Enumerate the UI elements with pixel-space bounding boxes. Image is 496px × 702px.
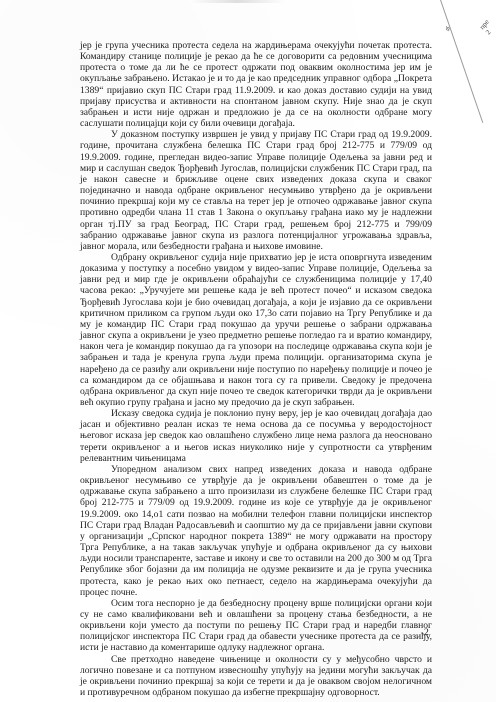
- page-fold-line: [440, 0, 484, 123]
- paragraph-evidence: У доказном поступку извршен је увид у пр…: [80, 129, 432, 252]
- document-body: јер је група учесника протеста седела на…: [80, 40, 432, 698]
- corner-stamp: пре 2: [478, 18, 496, 36]
- paragraph-witness-credibility: Исказу сведока судија је поклонио пуну в…: [80, 408, 432, 464]
- paragraph-comparative-analysis: Упоредном анализом свих напред изведених…: [80, 464, 432, 598]
- page-number: 2: [424, 627, 429, 638]
- paragraph-conclusion: Све претходно наведене чињенице и околно…: [80, 654, 432, 699]
- paragraph-continuation: јер је група учесника протеста седела на…: [80, 40, 432, 129]
- paragraph-defense-rejected: Одбрану окривљеног судија није прихватио…: [80, 252, 432, 408]
- paragraph-security-assessment: Осим тога неспорно је да безбедносну про…: [80, 598, 432, 654]
- scan-bottom-mark: [245, 690, 325, 691]
- scan-smudge: [190, 0, 285, 3]
